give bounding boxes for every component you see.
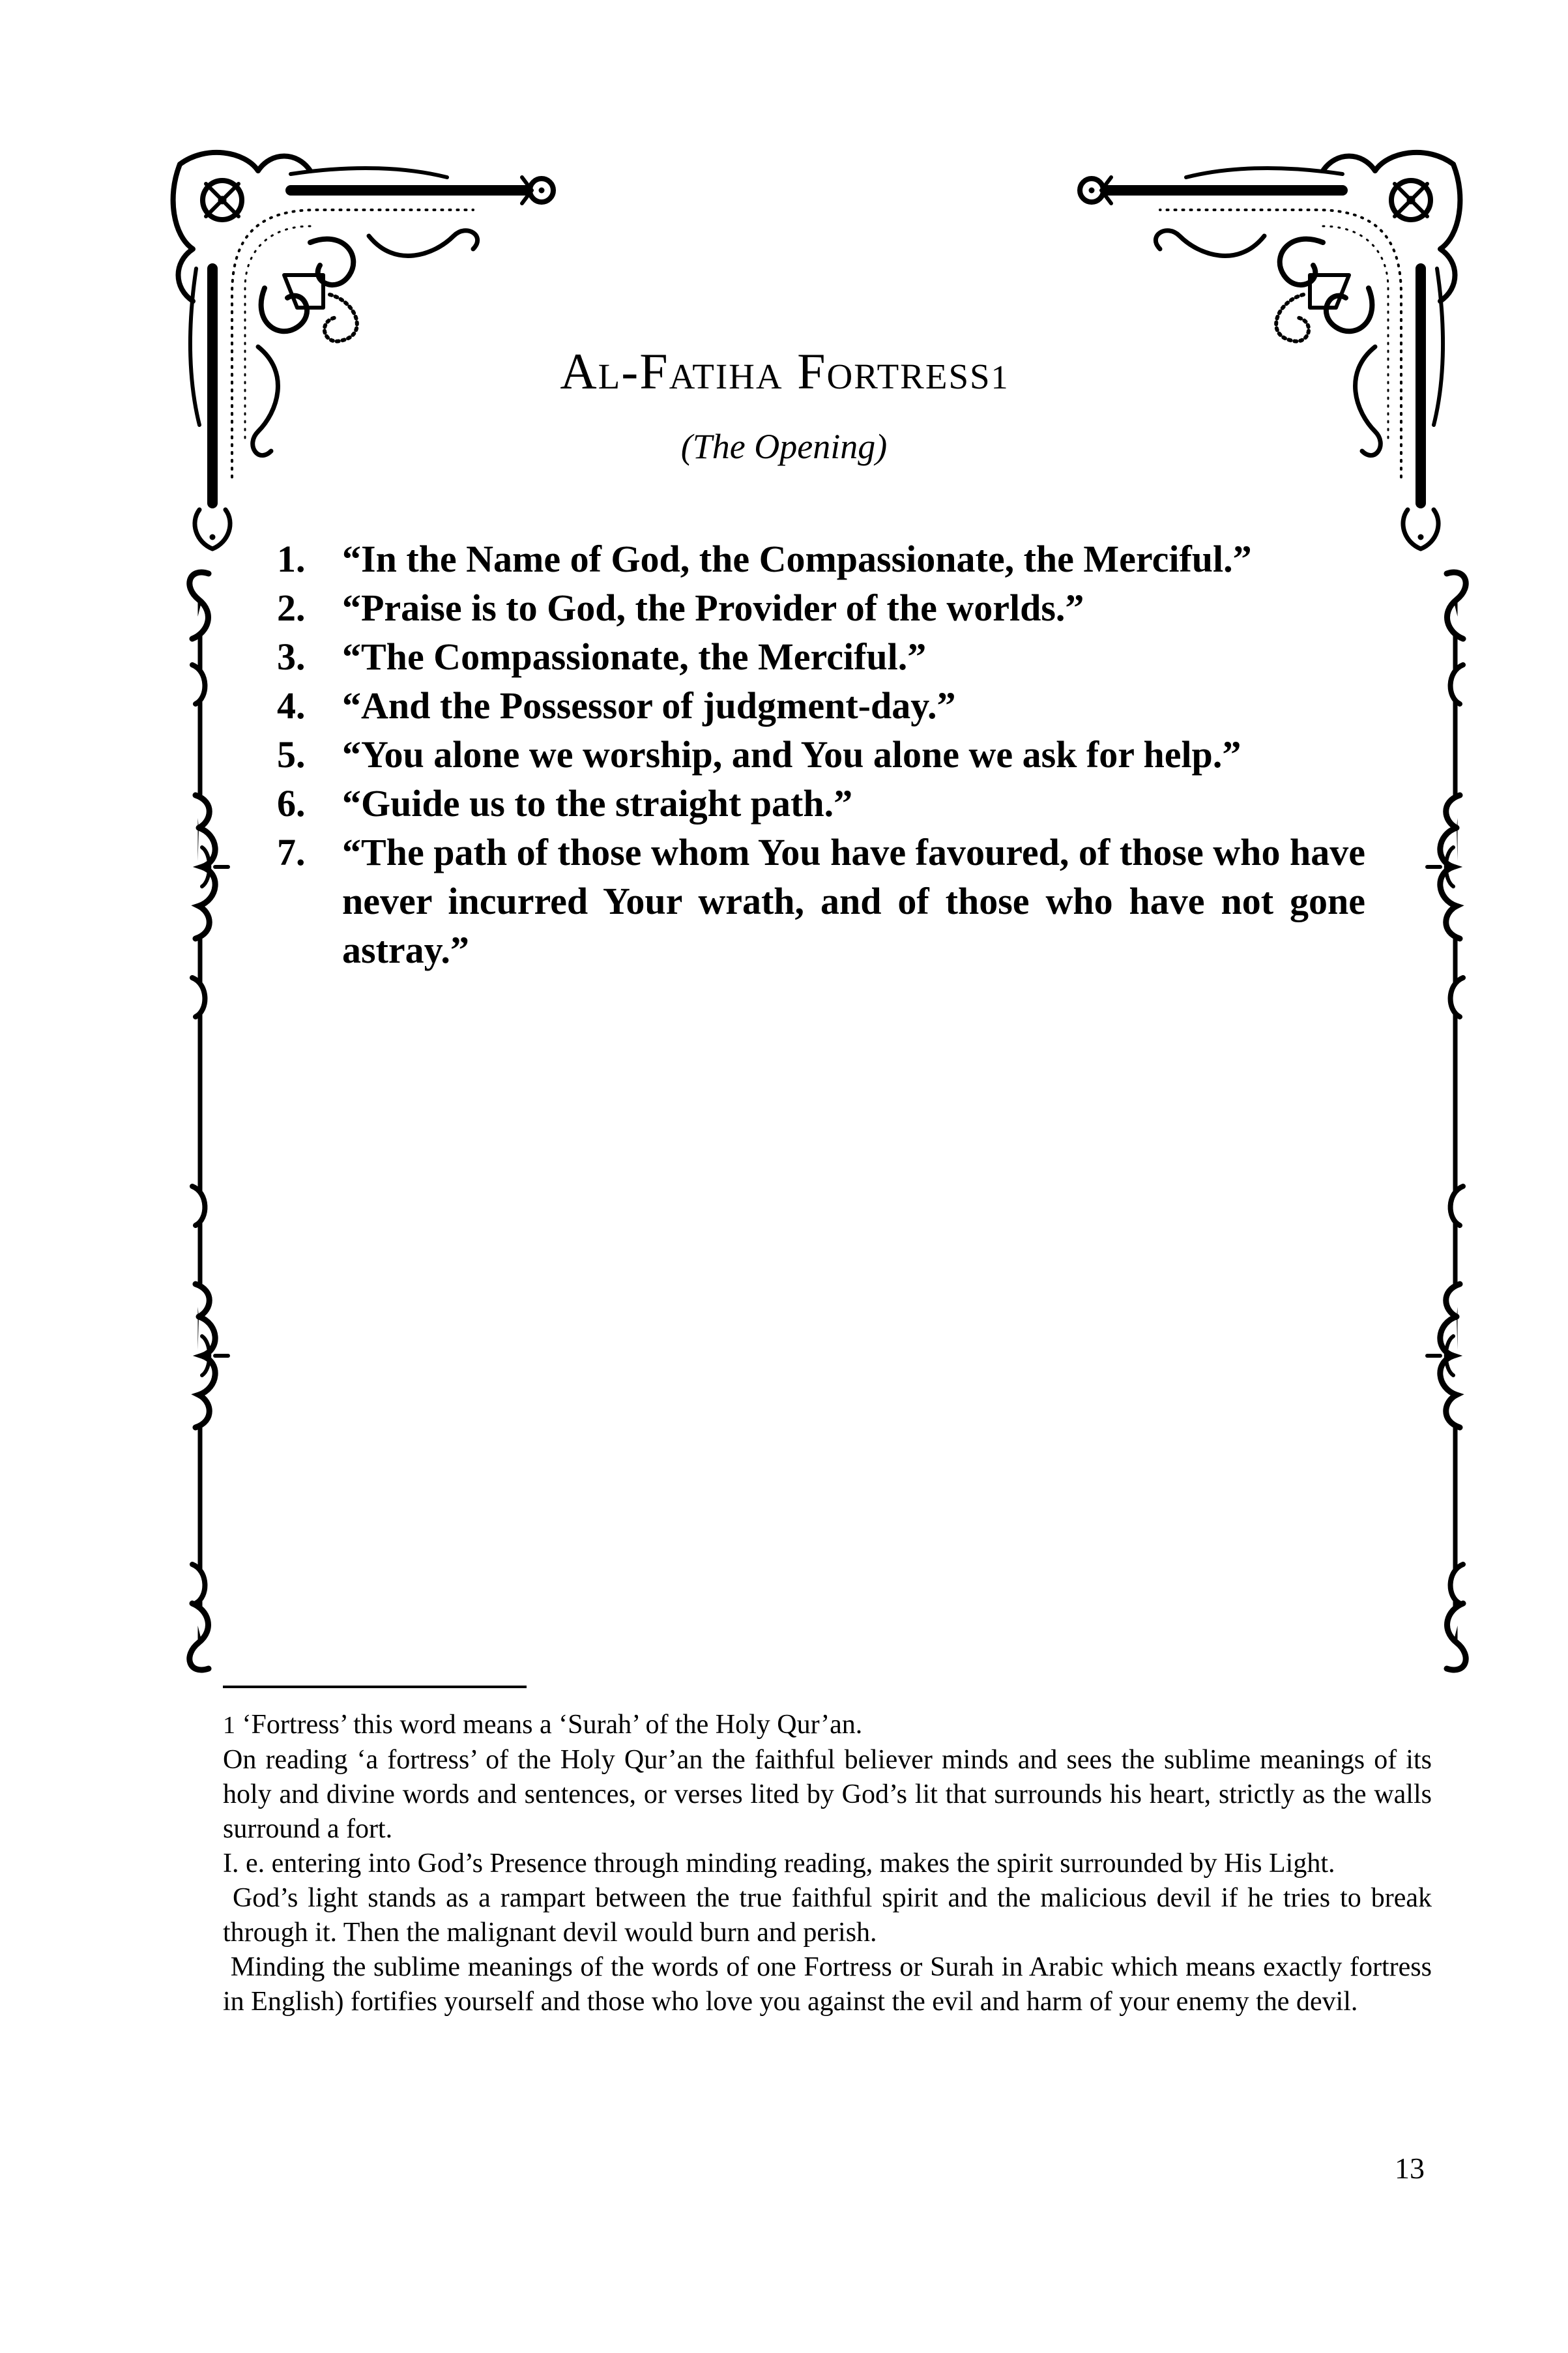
verse-number: 6. <box>277 779 342 828</box>
ornamental-border-icon <box>163 561 241 1682</box>
footnote-paragraph: Minding the sublime meanings of the word… <box>223 1950 1432 2019</box>
verse-text: “And the Possessor of judgment-day.” <box>342 681 1365 730</box>
verse-number: 5. <box>277 730 342 779</box>
page-title: Al-Fatiha Fortress1 <box>0 339 1568 411</box>
verse-text: “Praise is to God, the Provider of the w… <box>342 583 1365 632</box>
footnote-paragraph: On reading ‘a fortress’ of the Holy Qur’… <box>223 1743 1432 1847</box>
verse-item: 4. “And the Possessor of judgment-day.” <box>277 681 1365 730</box>
book-page: Al-Fatiha Fortress1 (The Opening) 1. “In… <box>0 0 1568 2353</box>
footnote-1: 1 ‘Fortress’ this word means a ‘Surah’ o… <box>223 1708 1432 1743</box>
footnote-mark: 1 <box>223 1712 235 1739</box>
verse-item: 7. “The path of those whom You have favo… <box>277 828 1365 974</box>
verse-item: 3. “The Compassionate, the Merciful.” <box>277 632 1365 681</box>
footnote-paragraph: I. e. entering into God’s Presence throu… <box>223 1847 1432 1881</box>
verse-item: 5. “You alone we worship, and You alone … <box>277 730 1365 779</box>
verse-item: 2. “Praise is to God, the Provider of th… <box>277 583 1365 632</box>
page-subtitle: (The Opening) <box>0 424 1568 469</box>
footnote-separator <box>223 1686 527 1688</box>
verse-text: “Guide us to the straight path.” <box>342 779 1365 828</box>
verse-item: 1. “In the Name of God, the Compassionat… <box>277 534 1365 583</box>
verse-number: 2. <box>277 583 342 632</box>
verse-number: 4. <box>277 681 342 730</box>
verse-number: 7. <box>277 828 342 974</box>
page-number: 13 <box>1395 2151 1425 2185</box>
title-footnote-ref[interactable]: 1 <box>991 359 1008 396</box>
verse-text: “The Compassionate, the Merciful.” <box>342 632 1365 681</box>
footnote-first-line: ‘Fortress’ this word means a ‘Surah’ of … <box>235 1710 862 1740</box>
footnotes: 1 ‘Fortress’ this word means a ‘Surah’ o… <box>223 1708 1432 2019</box>
verse-text: “The path of those whom You have favoure… <box>342 828 1365 974</box>
verse-text: “In the Name of God, the Compassionate, … <box>342 534 1365 583</box>
ornamental-border-icon <box>1414 561 1492 1682</box>
verse-text: “You alone we worship, and You alone we … <box>342 730 1365 779</box>
footnote-paragraph: God’s light stands as a rampart between … <box>223 1881 1432 1950</box>
verse-item: 6. “Guide us to the straight path.” <box>277 779 1365 828</box>
verse-list: 1. “In the Name of God, the Compassionat… <box>277 534 1365 974</box>
title-text: Al-Fatiha Fortress <box>560 343 991 400</box>
verse-number: 1. <box>277 534 342 583</box>
verse-number: 3. <box>277 632 342 681</box>
